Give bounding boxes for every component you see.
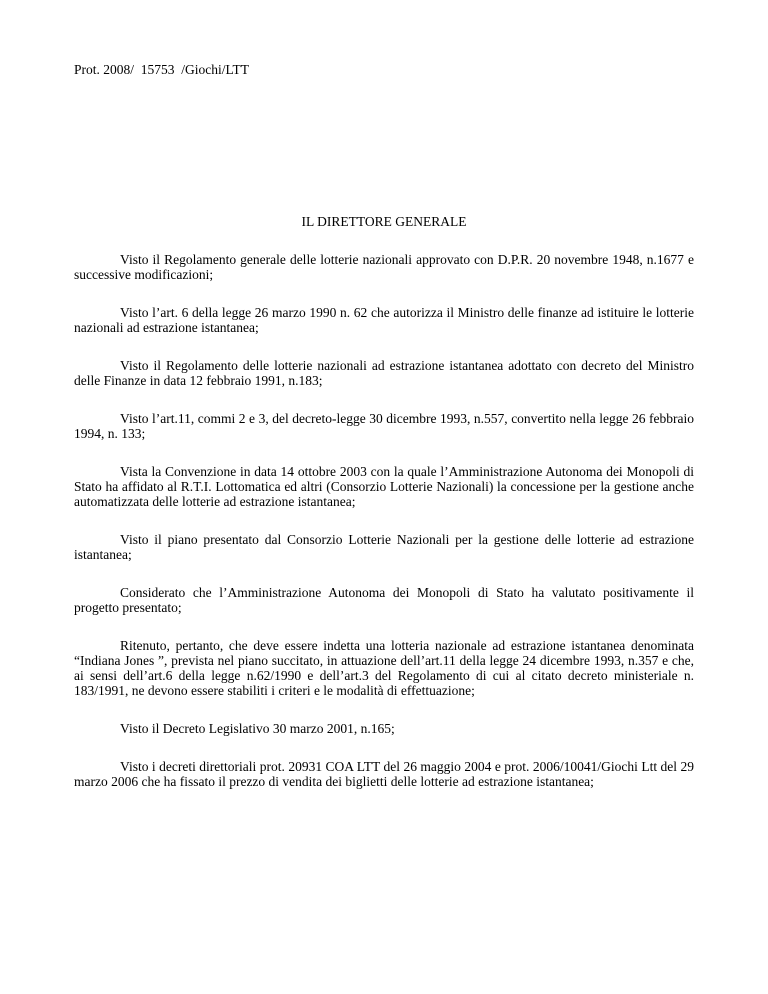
paragraph: Vista la Convenzione in data 14 ottobre … <box>74 464 694 510</box>
paragraph: Visto il Regolamento delle lotterie nazi… <box>74 358 694 388</box>
document-heading: IL DIRETTORE GENERALE <box>0 214 768 230</box>
paragraph: Visto l’art. 6 della legge 26 marzo 1990… <box>74 305 694 335</box>
document-page: Prot. 2008/ 15753 /Giochi/LTT IL DIRETTO… <box>0 0 768 994</box>
paragraph: Considerato che l’Amministrazione Autono… <box>74 585 694 615</box>
paragraph: Ritenuto, pertanto, che deve essere inde… <box>74 638 694 699</box>
paragraph: Visto il Regolamento generale delle lott… <box>74 252 694 282</box>
paragraph: Visto il piano presentato dal Consorzio … <box>74 532 694 562</box>
paragraph: Visto il Decreto Legislativo 30 marzo 20… <box>74 721 694 736</box>
paragraph: Visto l’art.11, commi 2 e 3, del decreto… <box>74 411 694 441</box>
document-body: Visto il Regolamento generale delle lott… <box>74 252 694 811</box>
paragraph: Visto i decreti direttoriali prot. 20931… <box>74 759 694 789</box>
protocol-number: Prot. 2008/ 15753 /Giochi/LTT <box>74 62 249 78</box>
